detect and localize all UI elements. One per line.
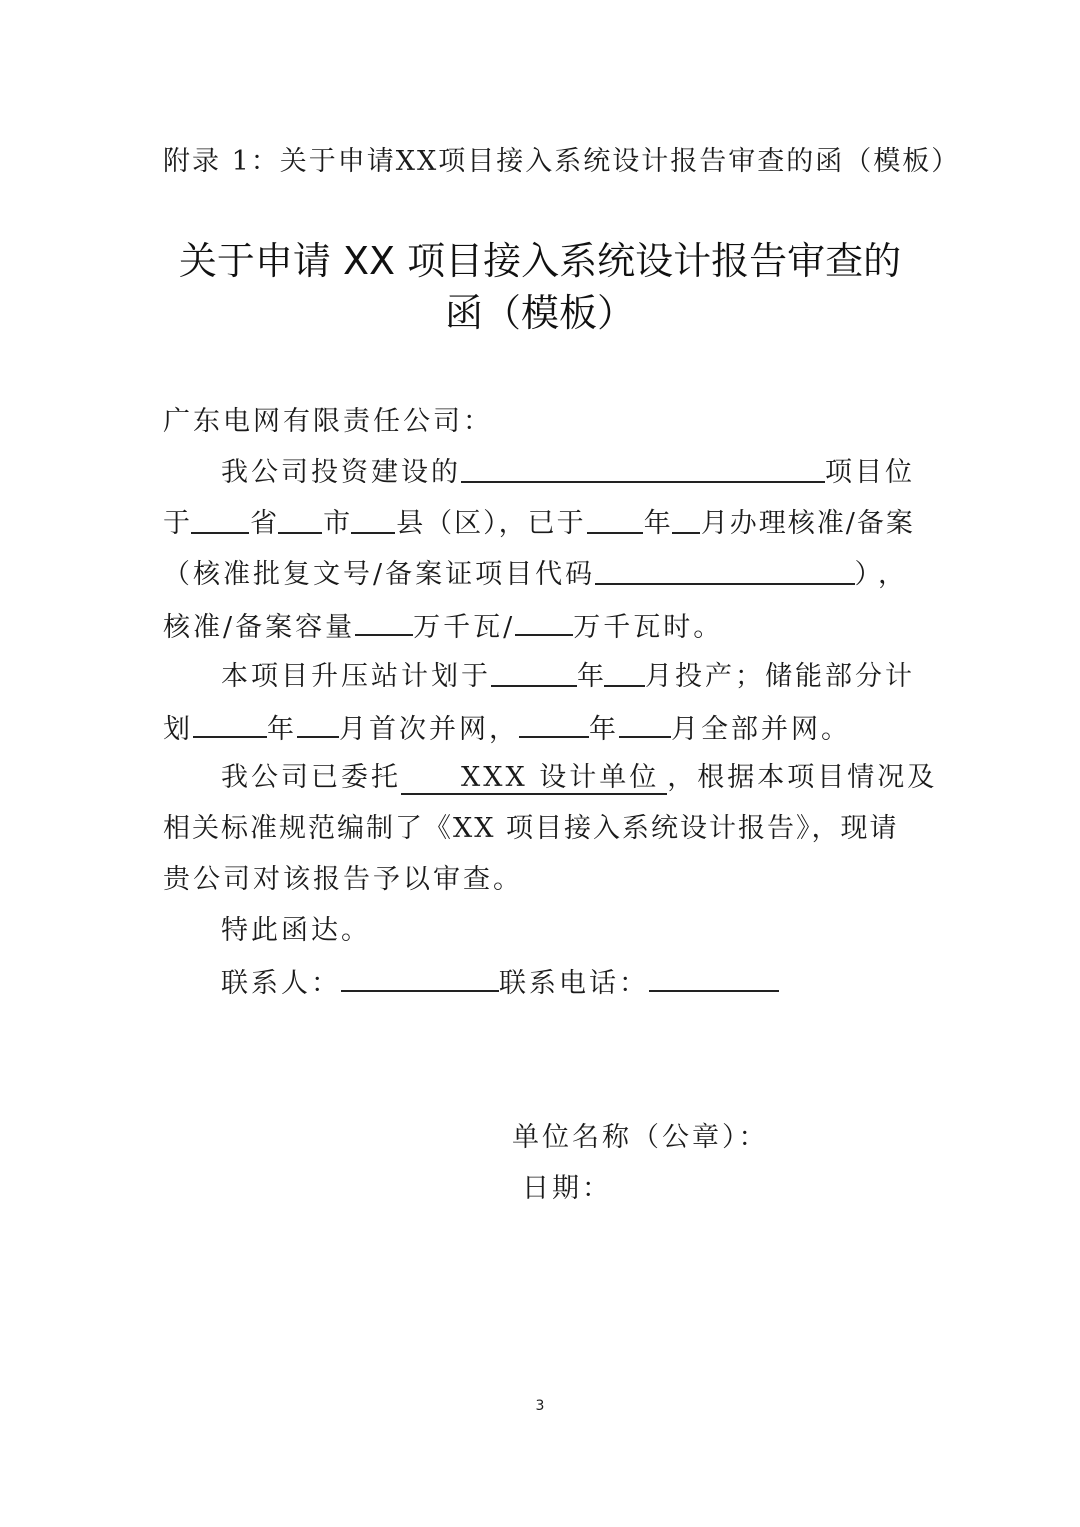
contact-line: 联系人：联系电话： (163, 964, 973, 1002)
contact-person-blank[interactable] (341, 964, 499, 992)
para1-line1: 我公司投资建设的 项目位 (163, 455, 915, 491)
para1-line2: 于 省 市 县（区），已于 年 月办理核准/备案 (163, 506, 915, 542)
para1-line3: （核准批复文号/备案证项目代码 ）， (163, 557, 915, 593)
page-number: 3 (0, 1398, 1080, 1414)
approval-month-blank[interactable] (672, 506, 700, 534)
city-blank[interactable] (278, 506, 322, 534)
para3-line1: 我公司已委托XXX 设计单位，根据本项目情况及 (163, 760, 973, 796)
substation-month-blank[interactable] (604, 659, 645, 687)
design-unit-field[interactable]: XXX 设计单位 (401, 763, 667, 795)
first-grid-month-blank[interactable] (297, 710, 339, 738)
full-grid-month-blank[interactable] (619, 710, 671, 738)
capacity-mwh-blank[interactable] (515, 608, 573, 636)
appendix-label: 附录 1：关于申请XX项目接入系统设计报告审查的函（模板） (163, 144, 915, 180)
para3-line3: 贵公司对该报告予以审查。 (163, 862, 915, 898)
salutation: 广东电网有限责任公司： (163, 404, 915, 440)
first-grid-year-blank[interactable] (193, 710, 267, 738)
para2-line2: 划年月首次并网，年月全部并网。 (163, 710, 915, 748)
substation-year-blank[interactable] (491, 659, 577, 687)
contact-phone-blank[interactable] (649, 964, 779, 992)
approval-year-blank[interactable] (587, 506, 643, 534)
closing: 特此函达。 (163, 913, 973, 949)
unit-name-label: 单位名称（公章）： (512, 1115, 769, 1154)
para2-line1: 本项目升压站计划于 年 月投产；储能部分计 (163, 659, 915, 695)
para1-line4: 核准/备案容量万千瓦/万千瓦时。 (163, 608, 915, 646)
para3-line2: 相关标准规范编制了《XX 项目接入系统设计报告》，现请 (163, 811, 915, 847)
project-code-blank[interactable] (595, 557, 854, 585)
full-grid-year-blank[interactable] (519, 710, 589, 738)
document-title-line1: 关于申请 XX 项目接入系统设计报告审查的 (150, 234, 930, 288)
province-blank[interactable] (191, 506, 249, 534)
date-label: 日期： (522, 1166, 612, 1205)
document-title-line2: 函（模板） (150, 286, 930, 340)
county-blank[interactable] (351, 506, 395, 534)
capacity-mw-blank[interactable] (355, 608, 413, 636)
project-name-blank[interactable] (461, 455, 825, 483)
